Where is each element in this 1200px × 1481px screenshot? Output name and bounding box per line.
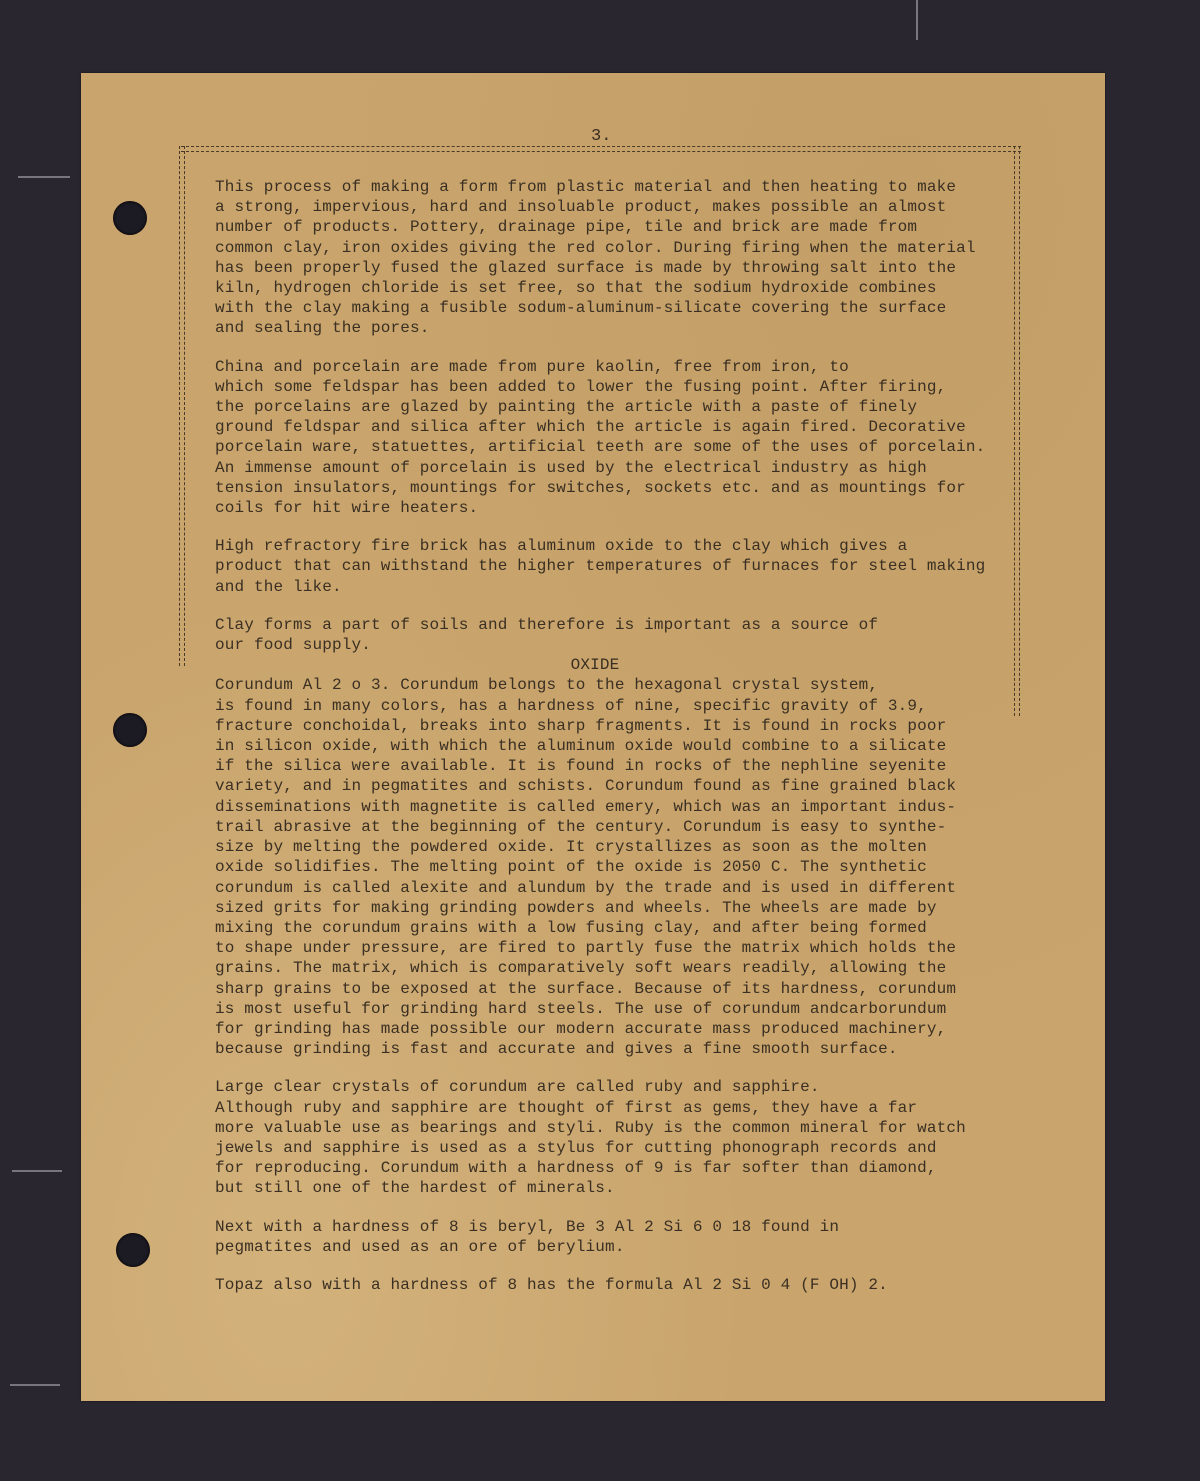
document-page: 3. This process of making a form from pl…: [81, 73, 1105, 1401]
paragraph-china-porcelain: China and porcelain are made from pure k…: [215, 357, 1015, 519]
background-mark: [12, 1170, 62, 1172]
paragraph-ruby-sapphire: Large clear crystals of corundum are cal…: [215, 1077, 1015, 1198]
page-number: 3.: [591, 127, 611, 146]
paragraph-beryl: Next with a hardness of 8 is beryl, Be 3…: [215, 1217, 1015, 1257]
paragraph-clay-soils: Clay forms a part of soils and therefore…: [215, 615, 1015, 655]
border-frame-top: [181, 146, 1021, 152]
paragraph-process: This process of making a form from plast…: [215, 177, 1015, 339]
document-body: This process of making a form from plast…: [215, 177, 1015, 1313]
paragraph-fire-brick: High refractory fire brick has aluminum …: [215, 536, 1015, 597]
paragraph-corundum: Corundum Al 2 o 3. Corundum belongs to t…: [215, 675, 1015, 1059]
punch-hole: [113, 201, 147, 235]
punch-hole: [113, 713, 147, 747]
paragraph-topaz: Topaz also with a hardness of 8 has the …: [215, 1275, 1015, 1295]
section-heading-oxide: OXIDE: [215, 655, 1015, 675]
punch-hole: [116, 1233, 150, 1267]
border-frame-left: [179, 146, 185, 666]
background-mark: [916, 0, 918, 40]
background-mark: [10, 1384, 60, 1386]
background-mark: [18, 176, 70, 178]
